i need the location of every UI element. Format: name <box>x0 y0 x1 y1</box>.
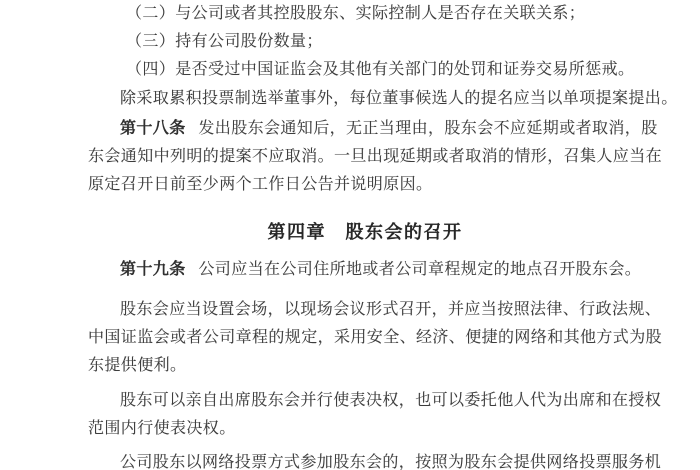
document-page: （二）与公司或者其控股股东、实际控制人是否存在关联关系； （三）持有公司股份数量… <box>0 0 700 470</box>
article-18-line-1: 第十八条发出股东会通知后，无正当理由，股东会不应延期或者取消，股 <box>88 115 642 143</box>
paragraph-venue-line-3: 东提供便利。 <box>88 352 642 380</box>
paragraph-cumulative-voting: 除采取累积投票制选举董事外，每位董事候选人的提名应当以单项提案提出。 <box>88 85 642 113</box>
paragraph-proxy-line-1: 股东可以亲自出席股东会并行使表决权，也可以委托他人代为出席和在授权 <box>88 387 642 415</box>
article-18-line-3: 原定召开日前至少两个工作日公告并说明原因。 <box>88 171 642 199</box>
article-18-text: 发出股东会通知后，无正当理由，股东会不应延期或者取消，股 <box>198 120 657 137</box>
paragraph-proxy-line-2: 范围内行使表决权。 <box>88 415 642 443</box>
list-item-3: （三）持有公司股份数量； <box>88 28 642 56</box>
article-19-label: 第十九条 <box>120 261 186 278</box>
list-item-4: （四）是否受过中国证监会及其他有关部门的处罚和证券交易所惩戒。 <box>88 56 642 84</box>
article-18-label: 第十八条 <box>120 120 186 137</box>
article-19-text: 公司应当在公司住所地或者公司章程规定的地点召开股东会。 <box>198 261 641 278</box>
article-19-line-1: 第十九条公司应当在公司住所地或者公司章程规定的地点召开股东会。 <box>88 256 642 284</box>
chapter-heading: 第四章 股东会的召开 <box>88 217 642 247</box>
paragraph-venue-line-1: 股东会应当设置会场，以现场会议形式召开，并应当按照法律、行政法规、 <box>88 296 642 324</box>
article-18-line-2: 东会通知中列明的提案不应取消。一旦出现延期或者取消的情形，召集人应当在 <box>88 143 642 171</box>
paragraph-online-voting-line-1: 公司股东以网络投票方式参加股东会的，按照为股东会提供网络投票服务机 <box>88 449 642 470</box>
paragraph-venue-line-2: 中国证监会或者公司章程的规定，采用安全、经济、便捷的网络和其他方式为股 <box>88 324 642 352</box>
list-item-2: （二）与公司或者其控股股东、实际控制人是否存在关联关系； <box>88 0 642 28</box>
